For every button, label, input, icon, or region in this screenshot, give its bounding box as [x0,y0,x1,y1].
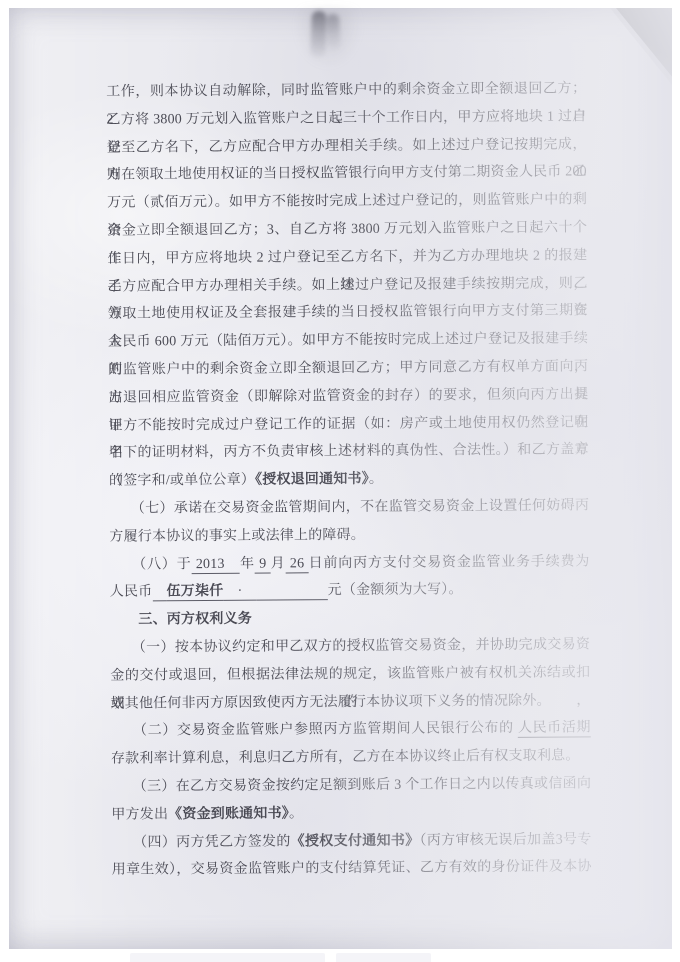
ink-smudge [326,14,341,52]
doc-line: 工作，则本协议自动解除，同时监管账户中的剩余资金立即全额退回乙方；2、自 [106,75,586,106]
filled-blank: 人民币活期 [518,721,591,739]
doc-line: 用章生效），交易资金监管账户的支付结算凭证、乙方有效的身份证件及本协 [112,854,592,885]
filled-blank: 2013 [191,556,240,573]
doc-line: （八）于 2013 年 9 月 26 日前向丙方支付交易资金监管业务手续费为 [109,548,589,579]
doc-text-segment: （四）丙方凭乙方签发的 [111,834,290,850]
doc-text-segment: （七）承诺在交易资金监管期间内，不在监管交易资金上设置任何妨碍丙 [109,498,589,516]
doc-line: 三、丙方权利义务 [110,603,590,634]
doc-line: 方在领取土地使用权证的当日授权监管银行向甲方支付第二期资金人民币 200 [107,159,587,190]
doc-line: （一）按本协议约定和甲乙双方的授权监管交易资金，并协助完成交易资 [110,631,590,662]
doc-text-segment: （签字和/或单位公章） [109,473,255,489]
underlying-page-edge [130,953,325,962]
doc-line: 领取土地使用权证及全套报建手续的当日授权监管银行向甲方支付第三期资金 [108,298,588,329]
doc-line: 金的交付或退回，但根据法律法规的规定，该监管账户被有权机关冻结或扣划的， [110,659,590,690]
filled-blank: 26 [286,556,309,573]
doc-line: 资金立即全额退回乙方；3、自乙方将 3800 万元划入监管账户之日起六十个工 [107,214,587,245]
doc-text-segment: （丙方审核无误后加盖3号专 [419,832,591,848]
doc-text-segment: 用章生效），交易资金监管账户的支付结算凭证、乙方有效的身份证件及本协 [112,860,592,878]
doc-line: 方履行本协议的事实上或法律上的障碍。 [109,520,589,551]
doc-line: （四）丙方凭乙方签发的《授权支付通知书》（丙方审核无误后加盖3号专 [111,826,591,857]
doc-line: （七）承诺在交易资金监管期间内，不在监管交易资金上设置任何妨碍丙 [109,492,589,523]
scanned-contract-page: 工作，则本协议自动解除，同时监管账户中的剩余资金立即全额退回乙方；2、自乙方将 … [0,0,680,962]
doc-text-segment: 人民币 [110,585,153,600]
filled-blank [257,583,328,600]
doc-line: 记至乙方名下，乙方应配合甲方办理相关手续。如上述过户登记按期完成，则乙 [107,131,587,162]
filled-blank: · [223,584,256,601]
doc-line: 乙方应配合甲方办理相关手续。如上述过户登记及报建手续按期完成，则乙方在 [108,270,588,301]
doc-line: （三）在乙方交易资金按约定足额到账后 3 个工作日之内以传真或信函向 [111,770,591,801]
filled-blank: 9 [255,556,271,573]
doc-line: 甲方发出《资金到账通知书》。 [111,798,591,829]
doc-text-segment: 或其他任何非丙方原因致使丙方无法履行本协议项下义务的情况除外。 [111,693,551,711]
doc-line: 出退回相应监管资金（即解除对监管资金的封存）的要求，但须向丙方出具证明 [108,381,588,412]
doc-line: 乙方将 3800 万元划入监管账户之日起三十个工作日内，甲方应将地块 1 过户登 [106,103,586,134]
underlying-page-edge [336,953,431,962]
doc-line: 人民币 600 万元（陆佰万元）。如甲方不能按时完成上述过户登记及报建手续的， [108,326,588,357]
doc-text-segment: 月 [271,556,286,571]
doc-line: 甲方不能按时完成过户登记工作的证据（如：房产或土地使用权仍然登记在甲方 [109,409,589,440]
ink-smudge [310,11,327,58]
filled-blank: 伍万柒仟 [167,584,224,601]
doc-text-segment: 《授权退回通知书》 [255,472,369,488]
doc-line: 人民币 伍万柒仟 · 元（金额须为大写）。 [110,576,590,607]
doc-line: 名下的证明材料，丙方不负责审核上述材料的真伪性、合法性。）和乙方盖章的 [109,437,589,468]
paper-sheet: 工作，则本协议自动解除，同时监管账户中的剩余资金立即全额退回乙方；2、自乙方将 … [9,8,672,949]
filled-blank [152,585,166,602]
doc-text-segment: 方在领取土地使用权证的当日授权监管银行向甲方支付第二期资金人民币 200 [107,165,587,183]
ink-smudge [295,8,361,68]
doc-text-segment: 存款利率计算利息，利息归乙方所有，乙方在本协议终止后有权支取利息。 [111,749,580,767]
doc-text-segment: （三）在乙方交易资金按约定足额到账后 3 个工作日之内以传真或信函向 [111,776,591,794]
doc-line: 万元（贰佰万元）。如甲方不能按时完成上述过户登记的，则监管账户中的剩余 [107,187,587,218]
doc-text-segment: 元（金额须为大写）。 [328,583,463,599]
doc-line: 或其他任何非丙方原因致使丙方无法履行本协议项下义务的情况除外。 [110,687,590,718]
doc-text-segment: （一）按本协议约定和甲乙双方的授权监管交易资金，并协助完成交易资 [110,637,590,655]
doc-text-segment: 三、丙方权利义务 [110,612,252,628]
doc-text-segment: 《授权支付通知书》 [291,833,420,849]
doc-text-segment: 。 [369,472,383,487]
doc-text-segment: （二）交易资金监管账户参照丙方监管期间人民银行公布的 [111,721,518,739]
document-text: 工作，则本协议自动解除，同时监管账户中的剩余资金立即全额退回乙方；2、自乙方将 … [106,75,592,884]
doc-text-segment: 。 [289,806,303,821]
doc-line: （二）交易资金监管账户参照丙方监管期间人民银行公布的 人民币活期 [111,715,591,746]
doc-text-segment: 日前向丙方支付交易资金监管业务手续费为 [309,554,590,571]
doc-text-segment: 方履行本协议的事实上或法律上的障碍。 [109,528,365,545]
doc-line: 作日内，甲方应将地块 2 过户登记至乙方名下，并为乙方办理地块 2 的报建手续， [107,242,587,273]
doc-text-segment: 甲方发出 [111,807,168,822]
doc-text-segment: （八）于 [110,557,192,573]
doc-line: （签字和/或单位公章）《授权退回通知书》。 [109,464,589,495]
doc-line: 则监管账户中的剩余资金立即全额退回乙方；甲方同意乙方有权单方面向丙方提 [108,353,588,384]
doc-text-segment: 年 [240,556,255,571]
doc-text-segment: 《资金到账通知书》 [168,806,289,822]
doc-line: 存款利率计算利息，利息归乙方所有，乙方在本协议终止后有权支取利息。 [111,742,591,773]
